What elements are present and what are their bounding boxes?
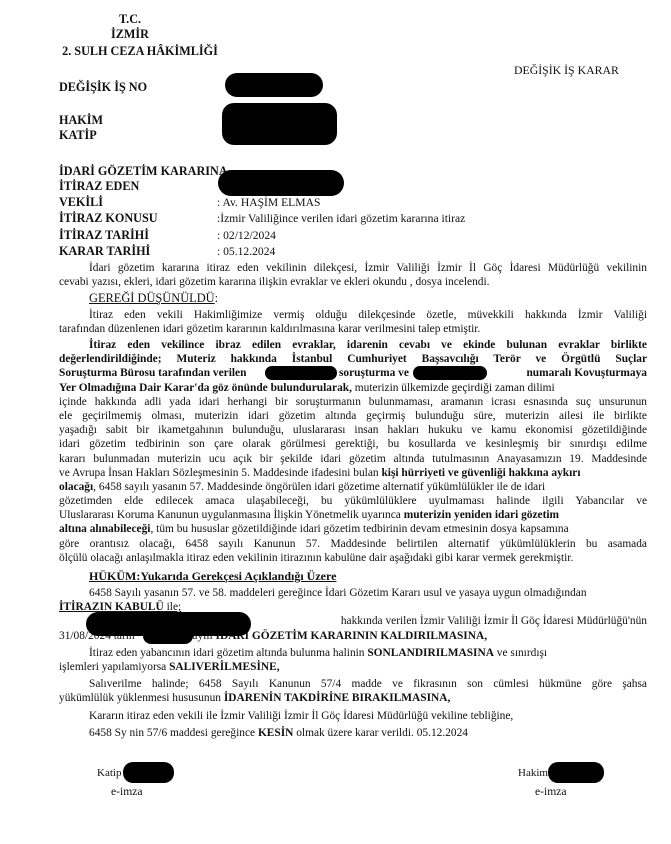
redaction xyxy=(413,366,487,380)
judge-e-signature: e-imza xyxy=(535,785,567,799)
text-segment: numaralı Kovuşturmaya xyxy=(526,366,647,380)
judge-label: HAKİM xyxy=(59,113,103,127)
objector-label: İTİRAZ EDEN xyxy=(59,179,139,193)
intro-paragraph: İdari gözetim kararına itiraz eden vekil… xyxy=(59,261,647,289)
redaction xyxy=(265,366,337,380)
text-segment: kişi hürriyeti ve güvenliği hakkına aykı… xyxy=(381,467,580,479)
attorney-label: VEKİLİ xyxy=(59,195,103,209)
redaction xyxy=(143,628,193,644)
idari-gozetim-label: İDARİ GÖZETİM KARARINA xyxy=(59,164,228,178)
text-line: Salıverilme halinde; 6458 Sayılı Kanunun… xyxy=(59,677,647,691)
redaction xyxy=(123,762,174,783)
text-segment: muterizin ülkemizde geçirdiği zaman dili… xyxy=(352,382,555,394)
text-line: İtiraz eden vekili Hakimliğimize vermiş … xyxy=(59,308,647,322)
text-line: içinde hakkında adli yada idari herhangi… xyxy=(59,395,647,409)
text-segment: yükümlülük yüklenmesi hususunun xyxy=(59,692,224,704)
text-line: ele geçirilmemiş olması, muterizin idari… xyxy=(59,409,647,423)
text-line: göre orantısız olacağı, 6458 sayılı Kanu… xyxy=(59,537,647,551)
text-line: ölçülü olacağı anlaşılmakla itiraz eden … xyxy=(59,551,647,565)
text-line: İtiraz eden yabancının idari gözetim alt… xyxy=(59,646,647,660)
redaction xyxy=(218,170,344,196)
text-line: yaşadığı sabit bir ikametgahının bulundu… xyxy=(59,423,647,437)
text-segment: ve Avrupa İnsan Hakları Sözleşmesinin 5.… xyxy=(59,467,381,479)
text-line: yükümlülük yüklenmesi hususunun İDARENİN… xyxy=(59,691,647,705)
text-segment: İDARENİN TAKDİRİNE BIRAKILMASINA, xyxy=(224,692,450,704)
text-line: değerlendirildiğinde; Muteriz hakkında İ… xyxy=(59,352,647,366)
attorney-value: : Av. HAŞİM ELMAS xyxy=(217,196,320,210)
text-segment: Yer Olmadığına Dair Karar'da göz önünde … xyxy=(59,382,352,394)
clerk-e-signature: e-imza xyxy=(111,785,143,799)
text-line: Soruşturma Bürosu tarafından verilen sor… xyxy=(59,366,647,380)
heading-text: GEREĞİ DÜŞÜNÜLDÜ xyxy=(89,291,215,305)
text-line: İtiraz eden vekilince ibraz edilen evrak… xyxy=(59,338,647,352)
redaction xyxy=(222,103,337,145)
objection-subject-value: :İzmir Valiliğince verilen idari gözetim… xyxy=(217,212,465,226)
text-line: ve Avrupa İnsan Hakları Sözleşmesinin 5.… xyxy=(59,466,647,480)
text-segment: SONLANDIRILMASINA xyxy=(367,647,494,659)
objection-subject-label: İTİRAZ KONUSU xyxy=(59,211,158,225)
text-line: gözetimden elde edilecek amaca ulaşabile… xyxy=(59,494,647,508)
text-line: Yer Olmadığına Dair Karar'da göz önünde … xyxy=(59,381,647,395)
text-segment: , tüm bu hususlar gözetildiğinde idari g… xyxy=(150,523,568,535)
heading-colon: : xyxy=(215,291,218,305)
text-line: olacağı, 6458 sayılı yasanın 57. Maddesi… xyxy=(59,480,647,494)
redaction xyxy=(548,762,604,783)
text-segment: Soruşturma Bürosu tarafından verilen xyxy=(59,367,246,379)
verdict-section: 6458 Sayılı yasanın 57. ve 58. maddeleri… xyxy=(59,586,647,740)
text-line: cevabi yazısı, ekleri, idari gözetim kar… xyxy=(59,275,647,289)
text-segment: muterizin yeniden idari gözetim xyxy=(404,509,559,521)
objection-summary-paragraph: İtiraz eden vekili Hakimliğimize vermiş … xyxy=(59,308,647,336)
document-type: DEĞİŞİK İŞ KARAR xyxy=(514,63,619,77)
text-segment: KESİN xyxy=(258,727,293,739)
verdict-heading: HÜKÜM:Yukarıda Gerekçesi Açıklandığı Üze… xyxy=(89,569,336,583)
text-segment: hakkında verilen İzmir Valiliği İzmir İl… xyxy=(341,614,647,628)
judge-signature-label: Hakim xyxy=(518,766,548,780)
text-line: işlemleri yapılamiyorsa SALIVERİLMESİNE, xyxy=(59,660,647,674)
text-line: İdari gözetim kararına itiraz eden vekil… xyxy=(59,261,647,275)
text-line: altına alınabileceği, tüm bu hususlar gö… xyxy=(59,522,647,536)
text-segment: Uluslararası Koruma Kanunun uygulanmasın… xyxy=(59,509,404,521)
clerk-label: KATİP xyxy=(59,128,97,142)
decision-date-value: : 05.12.2024 xyxy=(217,245,275,259)
text-segment: 6458 Sy nin 57/6 maddesi gereğince xyxy=(89,727,258,739)
text-segment: İtiraz eden yabancının idari gözetim alt… xyxy=(89,647,367,659)
text-segment: işlemleri yapılamiyorsa xyxy=(59,661,169,673)
objection-date-value: : 02/12/2024 xyxy=(217,229,276,243)
text-segment: ve sınırdışı xyxy=(494,647,547,659)
objection-date-label: İTİRAZ TARİHİ xyxy=(59,228,149,242)
header-court: 2. SULH CEZA HÂKİMLİĞİ xyxy=(50,44,230,58)
text-line: 6458 Sy nin 57/6 maddesi gereğince KESİN… xyxy=(59,726,647,740)
text-line: 6458 Sayılı yasanın 57. ve 58. maddeleri… xyxy=(59,586,647,600)
text-segment: SALIVERİLMESİNE, xyxy=(169,661,279,673)
text-line: kararı bulunmadan muterizin ucu açık bir… xyxy=(59,452,647,466)
text-line: Kararın itiraz eden vekili ile İzmir Val… xyxy=(59,709,647,723)
text-segment: , 6458 sayılı yasanın 57. Maddesinde öng… xyxy=(93,481,545,493)
decision-date-label: KARAR TARİHİ xyxy=(59,244,150,258)
clerk-signature-label: Katip xyxy=(97,766,121,780)
header-city: İZMİR xyxy=(90,27,170,41)
text-segment: İDARİ GÖZETİM KARARININ KALDIRILMASINA, xyxy=(216,630,488,642)
header-tc: T.C. xyxy=(100,12,160,26)
text-line: Uluslararası Koruma Kanunun uygulanmasın… xyxy=(59,508,647,522)
reasoning-paragraph: İtiraz eden vekilince ibraz edilen evrak… xyxy=(59,338,647,565)
text-segment: olmak üzere karar verildi. 05.12.2024 xyxy=(293,727,468,739)
text-segment: soruşturma ve xyxy=(339,366,409,380)
case-number-label: DEĞİŞİK İŞ NO xyxy=(59,80,147,94)
text-line: idari gözetim tedbirinin son çare olarak… xyxy=(59,437,647,451)
text-segment: olacağı xyxy=(59,481,93,493)
redaction xyxy=(225,73,323,97)
gereği-dusunuldu-heading: GEREĞİ DÜŞÜNÜLDÜ: xyxy=(89,291,218,305)
text-segment: altına alınabileceği xyxy=(59,523,150,535)
text-line: tarafından düzenlenen idari gözetim kara… xyxy=(59,322,647,336)
